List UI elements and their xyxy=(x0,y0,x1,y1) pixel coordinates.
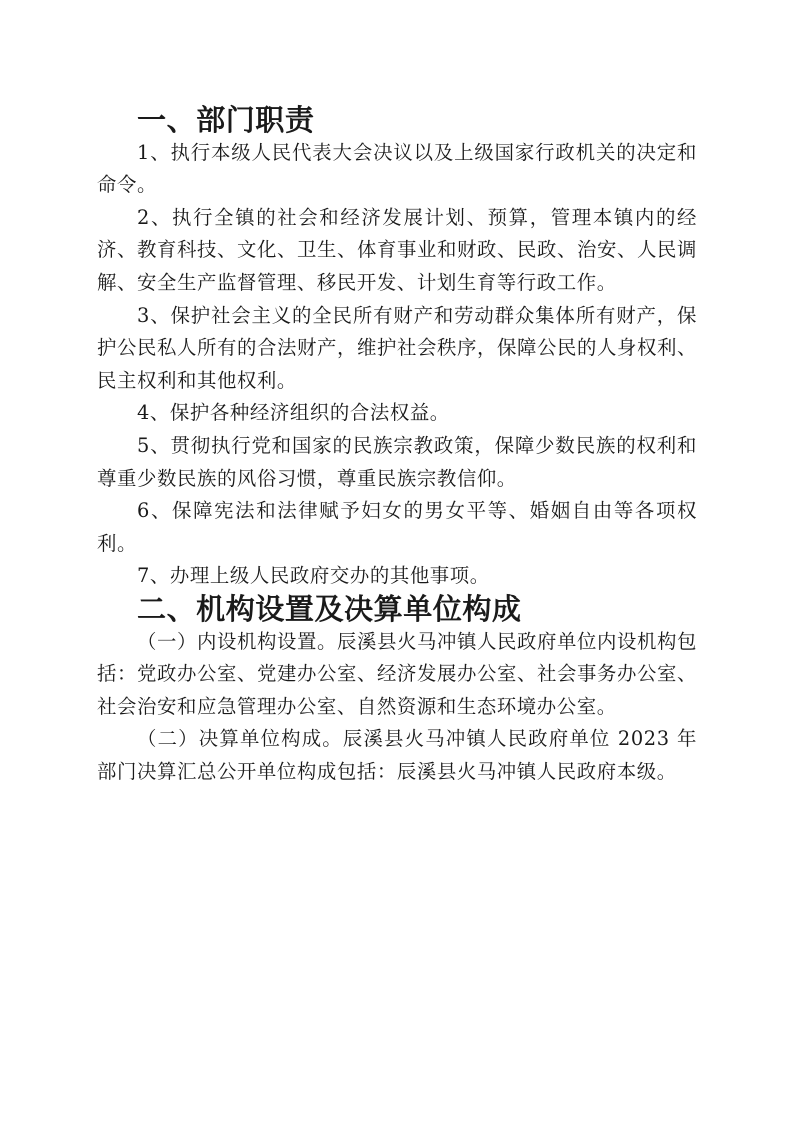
section-organization-structure: 二、机构设置及决算单位构成 （一）内设机构设置。辰溪县火马冲镇人民政府单位内设机… xyxy=(97,593,697,789)
duty-item-4: 4、保护各种经济组织的合法权益。 xyxy=(97,397,697,430)
duty-item-7: 7、办理上级人民政府交办的其他事项。 xyxy=(97,560,697,593)
duty-item-5: 5、贯彻执行党和国家的民族宗教政策，保障少数民族的权利和尊重少数民族的风俗习惯，… xyxy=(97,430,697,495)
section-heading: 一、部门职责 xyxy=(97,104,697,137)
duty-item-3: 3、保护社会主义的全民所有财产和劳动群众集体所有财产，保护公民私人所有的合法财产… xyxy=(97,300,697,398)
internal-institutions-paragraph: （一）内设机构设置。辰溪县火马冲镇人民政府单位内设机构包括：党政办公室、党建办公… xyxy=(97,626,697,724)
duty-item-2: 2、执行全镇的社会和经济发展计划、预算，管理本镇内的经济、教育科技、文化、卫生、… xyxy=(97,202,697,300)
section-heading: 二、机构设置及决算单位构成 xyxy=(97,593,697,626)
duty-item-1: 1、执行本级人民代表大会决议以及上级国家行政机关的决定和命令。 xyxy=(97,137,697,202)
duty-item-6: 6、保障宪法和法律赋予妇女的男女平等、婚姻自由等各项权利。 xyxy=(97,495,697,560)
section-department-duties: 一、部门职责 1、执行本级人民代表大会决议以及上级国家行政机关的决定和命令。 2… xyxy=(97,104,697,593)
document-page: 一、部门职责 1、执行本级人民代表大会决议以及上级国家行政机关的决定和命令。 2… xyxy=(97,104,697,788)
accounting-unit-paragraph: （二）决算单位构成。辰溪县火马冲镇人民政府单位 2023 年部门决算汇总公开单位… xyxy=(97,723,697,788)
